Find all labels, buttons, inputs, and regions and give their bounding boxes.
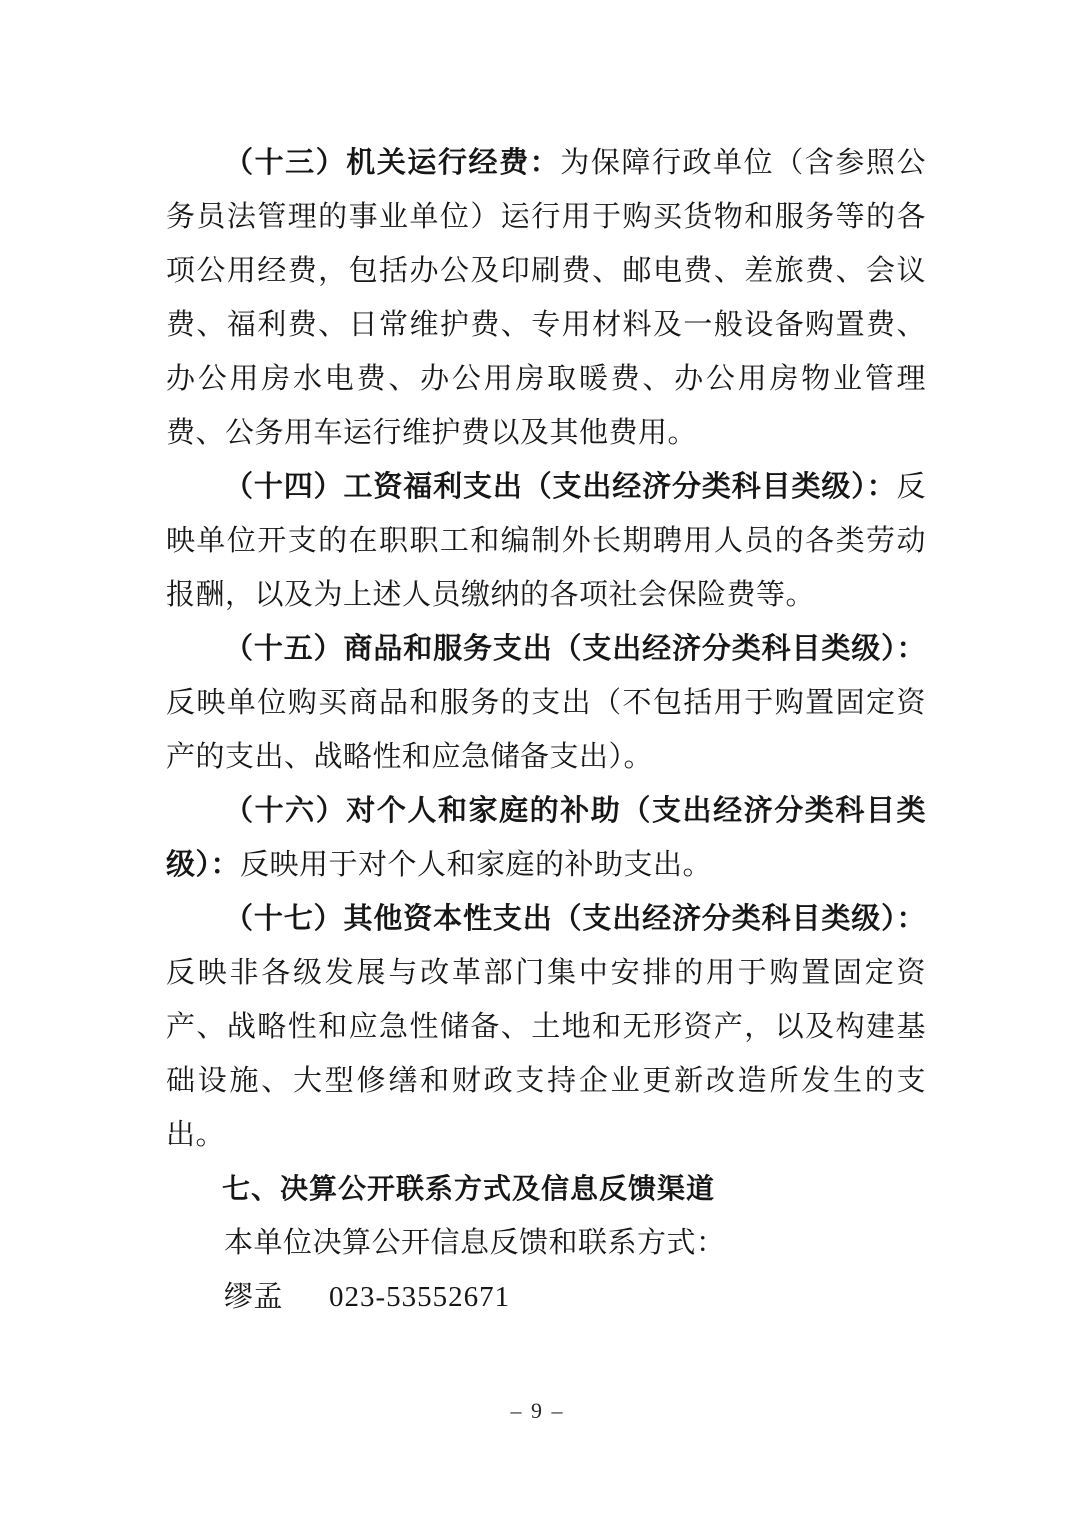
paragraph-14-lead: （十四）工资福利支出（支出经济分类科目类级）：	[224, 471, 896, 503]
paragraph-16-definition: （十六）对个人和家庭的补助（支出经济分类科目类级）：反映用于对个人和家庭的补助支…	[166, 784, 926, 892]
paragraph-17-definition: （十七）其他资本性支出（支出经济分类科目类级）：反映非各级发展与改革部门集中安排…	[166, 892, 926, 1162]
page-footer: – 9 –	[0, 1398, 1075, 1424]
paragraph-13-body: 为保障行政单位（含参照公务员法管理的事业单位）运行用于购买货物和服务等的各项公用…	[166, 147, 926, 449]
section-heading: 七、决算公开联系方式及信息反馈渠道	[166, 1162, 926, 1216]
document-page: （十三）机关运行经费：为保障行政单位（含参照公务员法管理的事业单位）运行用于购买…	[0, 0, 1075, 1520]
paragraph-17-body: 反映非各级发展与改革部门集中安排的用于购置固定资产、战略性和应急性储备、土地和无…	[166, 957, 926, 1151]
paragraph-15-definition: （十五）商品和服务支出（支出经济分类科目类级）：反映单位购买商品和服务的支出（不…	[166, 622, 926, 784]
paragraph-17-lead: （十七）其他资本性支出（支出经济分类科目类级）：	[224, 903, 926, 935]
paragraph-16-body: 反映用于对个人和家庭的补助支出。	[240, 849, 712, 881]
page-number: – 9 –	[511, 1398, 565, 1423]
paragraph-13-lead: （十三）机关运行经费：	[224, 147, 560, 179]
page-content: （十三）机关运行经费：为保障行政单位（含参照公务员法管理的事业单位）运行用于购买…	[166, 136, 926, 1324]
paragraph-14-definition: （十四）工资福利支出（支出经济分类科目类级）：反映单位开支的在职职工和编制外长期…	[166, 460, 926, 622]
paragraph-15-body: 反映单位购买商品和服务的支出（不包括用于购置固定资产的支出、战略性和应急储备支出…	[166, 687, 926, 773]
paragraph-13-definition: （十三）机关运行经费：为保障行政单位（含参照公务员法管理的事业单位）运行用于购买…	[166, 136, 926, 460]
paragraph-15-lead: （十五）商品和服务支出（支出经济分类科目类级）：	[224, 633, 926, 665]
contact-phone: 023-53552671	[329, 1281, 510, 1313]
contact-name: 缪孟	[224, 1281, 283, 1313]
contact-line: 缪孟023-53552671	[166, 1270, 926, 1324]
contact-intro: 本单位决算公开信息反馈和联系方式：	[166, 1216, 926, 1270]
